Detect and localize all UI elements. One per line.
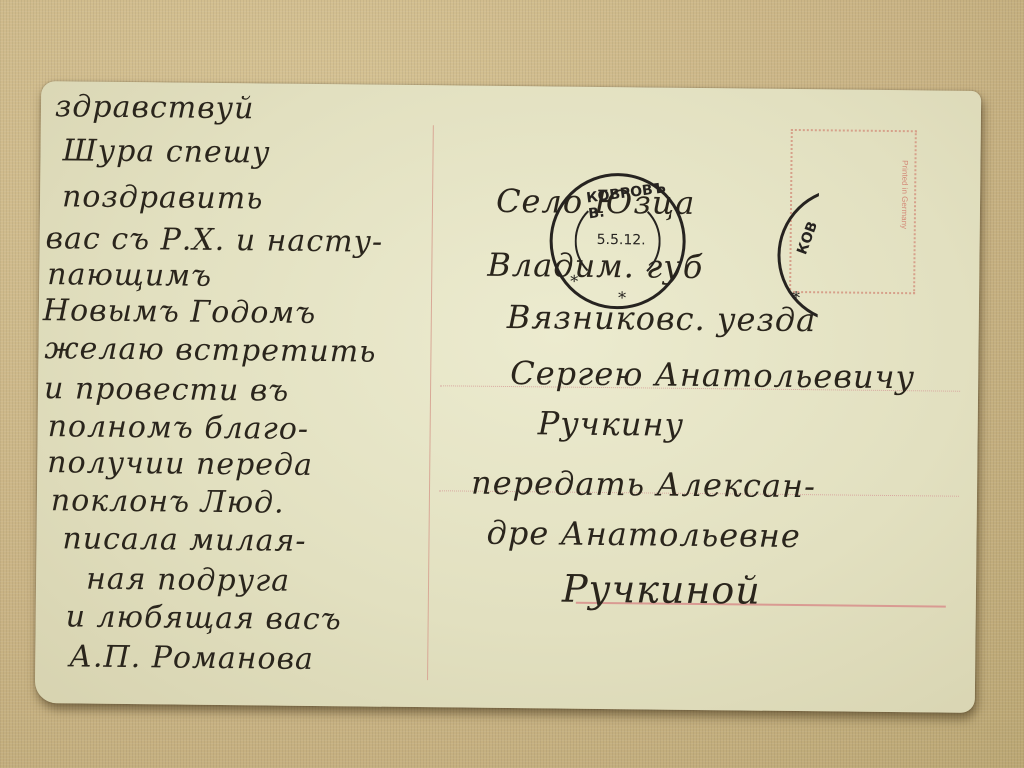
message-line: ная подруга (86, 562, 290, 599)
address-line: Ручкину (538, 404, 685, 444)
address-line: Вязниковс. уезда (507, 298, 817, 339)
address-line: Сергею Анатольевичу (510, 354, 915, 396)
message-line: Шура спешу (62, 133, 270, 170)
center-divider-line (427, 125, 434, 680)
signature: А.П. Романова (69, 639, 314, 677)
address-area: Село Юзца Владим. губ Вязниковс. уезда С… (41, 81, 981, 91)
postmark-star: * (570, 272, 578, 291)
stamp-printed-text: Printed in Germany (900, 160, 910, 229)
message-line: поздравить (62, 179, 264, 216)
postmark-text: КОВРОВЪ В. (585, 178, 684, 222)
postmark-date: 5.5.12. (597, 232, 646, 249)
message-line: и провести въ (44, 371, 290, 409)
message-line: полномъ благо- (47, 409, 309, 447)
postmark-text: КОВ (794, 219, 821, 256)
postcard: Printed in Germany здравствуй Шура спешу… (35, 81, 981, 713)
message-line: здравствуй (55, 89, 255, 126)
postmark-star: * (792, 288, 800, 307)
message-line: желаю встретить (44, 331, 376, 369)
message-line: и любящая васъ (65, 599, 341, 637)
message-line: пающимъ (47, 257, 212, 294)
message-line: вас съ Р.Х. и насту- (45, 221, 383, 260)
postmark-star: * (618, 288, 626, 307)
address-line: передать Алексан- (471, 464, 816, 506)
message-line: поклонъ Люд. (51, 483, 285, 520)
message-line: получии переда (47, 445, 313, 483)
message-area: здравствуй Шура спешу поздравить вас съ … (41, 81, 981, 91)
message-line: писала милая- (62, 521, 306, 559)
address-line: Ручкиной (562, 567, 761, 613)
address-line: дре Анатольевне (486, 514, 801, 555)
message-line: Новымъ Годомъ (43, 293, 317, 331)
postmark-kovrov: КОВРОВЪ В. 5.5.12. * * (549, 172, 686, 309)
